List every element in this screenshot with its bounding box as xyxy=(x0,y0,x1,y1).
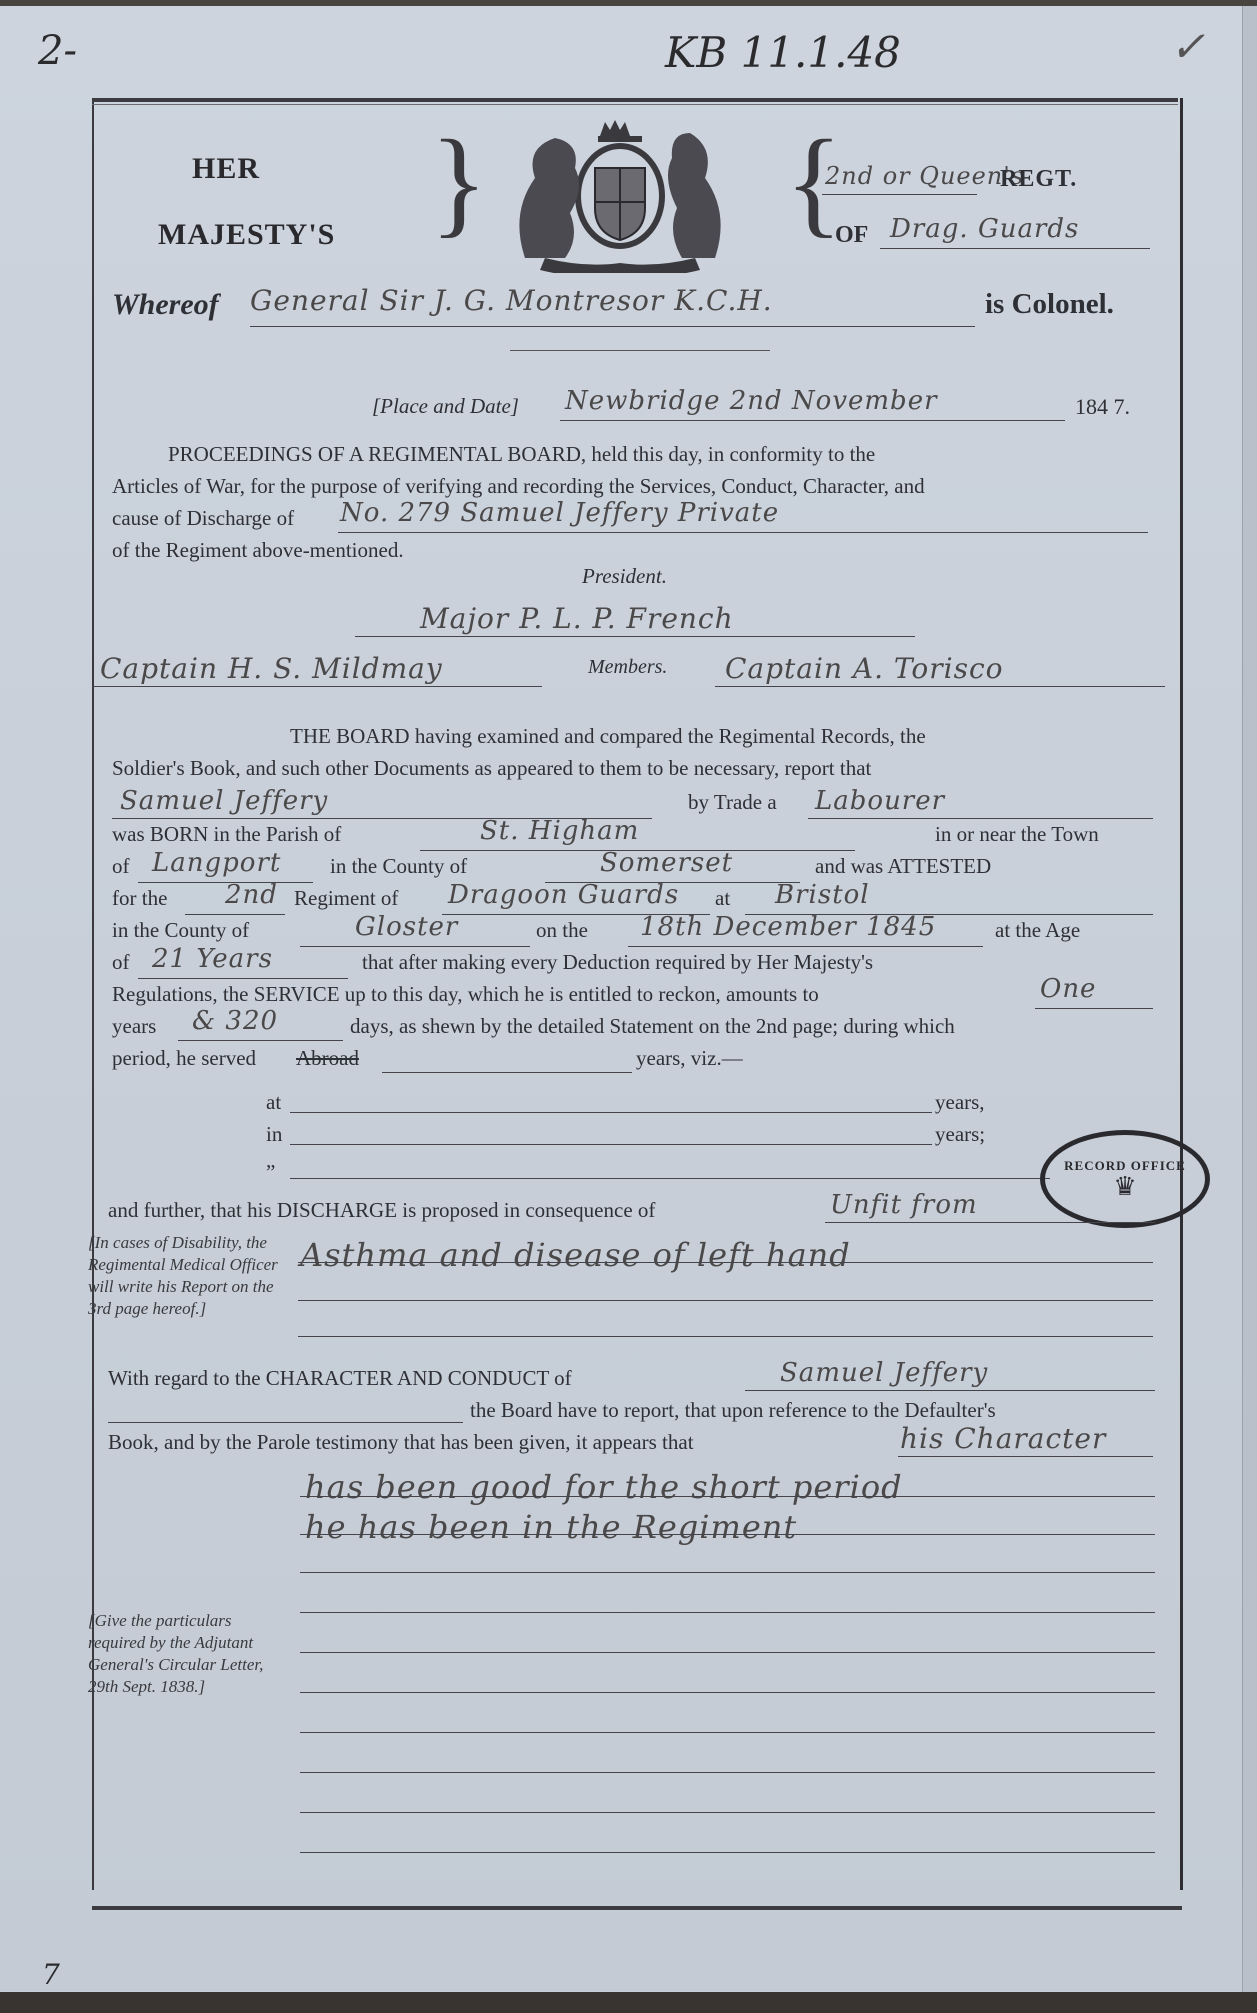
days-text: days, as shewn by the detailed Statement… xyxy=(350,1014,955,1039)
proceedings-line-1: PROCEEDINGS OF A REGIMENTAL BOARD, held … xyxy=(168,442,875,467)
field-line xyxy=(300,946,530,947)
field-line xyxy=(290,1178,1050,1179)
of-label: of xyxy=(112,854,130,879)
proceedings-line-4: of the Regiment above-mentioned. xyxy=(112,538,404,563)
discharge-line: and further, that his DISCHARGE is propo… xyxy=(108,1198,655,1223)
at-label-2: at xyxy=(266,1090,281,1115)
for-the-label: for the xyxy=(112,886,167,911)
deduction-text: that after making every Deduction requir… xyxy=(362,950,873,975)
ditto-mark: ” xyxy=(266,1160,275,1185)
checkmark-icon: ✓ xyxy=(1170,22,1205,71)
field-line xyxy=(298,1262,1153,1263)
field-line xyxy=(300,1652,1155,1653)
left-brace: } xyxy=(430,122,488,242)
field-line xyxy=(290,1112,932,1113)
regiment-of-label: Regiment of xyxy=(294,886,398,911)
field-line xyxy=(628,946,983,947)
year: 184 7. xyxy=(1075,394,1130,420)
annotation-bottom: 7 xyxy=(42,1958,60,1991)
field-line xyxy=(298,1336,1153,1337)
members-label: Members. xyxy=(588,656,667,679)
president-label: President. xyxy=(582,564,667,589)
field-line xyxy=(298,1300,1153,1301)
proceedings-line-3: cause of Discharge of xyxy=(112,506,294,531)
years-viz-label: years, viz.— xyxy=(636,1046,743,1071)
of-label-2: of xyxy=(112,950,130,975)
report-line-2: Soldier's Book, and such other Documents… xyxy=(112,756,871,781)
trade-value: Labourer xyxy=(815,786,945,816)
field-line xyxy=(825,1222,1155,1223)
character-line-1: With regard to the CHARACTER AND CONDUCT… xyxy=(108,1366,572,1391)
report-line-1: THE BOARD having examined and compared t… xyxy=(290,724,926,749)
proceedings-line-2: Articles of War, for the purpose of veri… xyxy=(112,474,925,499)
field-line xyxy=(822,194,977,195)
scan-bottom-edge xyxy=(0,1992,1257,2013)
field-line xyxy=(300,1772,1155,1773)
parish-value: St. Higham xyxy=(480,816,639,846)
county2-label: in the County of xyxy=(112,918,249,943)
whereof-label: Whereof xyxy=(112,288,219,322)
of-label: OF xyxy=(835,222,868,249)
attested-label: and was ATTESTED xyxy=(815,854,991,879)
crown-icon: ♛ xyxy=(1113,1174,1136,1200)
regiment-number: 2nd or Queen's xyxy=(825,162,1024,190)
field-line xyxy=(92,686,542,687)
regiment-no-value: 2nd xyxy=(225,880,278,910)
president-name: Major P. L. P. French xyxy=(420,602,734,635)
page-edge xyxy=(1242,6,1257,1992)
abroad-label: Abroad xyxy=(296,1046,359,1071)
years-label: years xyxy=(112,1014,156,1039)
character-text-1: his Character xyxy=(900,1422,1106,1455)
character-line-3: Book, and by the Parole testimony that h… xyxy=(108,1430,694,1455)
header-majestys: MAJESTY'S xyxy=(158,218,335,252)
attest-place-value: Bristol xyxy=(775,880,870,910)
town-value: Langport xyxy=(152,848,281,878)
field-line xyxy=(138,978,348,979)
field-line xyxy=(178,1040,343,1041)
field-line xyxy=(808,818,1153,819)
attest-date-value: 18th December 1845 xyxy=(640,912,936,942)
field-line xyxy=(382,1072,632,1073)
county-value: Somerset xyxy=(600,848,733,878)
service-days-value: & 320 xyxy=(192,1006,278,1036)
regiment-value: Dragoon Guards xyxy=(448,880,679,910)
field-line xyxy=(1035,1008,1153,1009)
top-rule-thin xyxy=(92,104,1178,105)
soldier-name: Samuel Jeffery xyxy=(120,786,328,816)
field-line xyxy=(338,532,1148,533)
field-line xyxy=(300,1732,1155,1733)
top-rule xyxy=(92,98,1178,102)
character-name: Samuel Jeffery xyxy=(780,1358,988,1388)
member-1-name: Captain H. S. Mildmay xyxy=(100,652,443,685)
adjutant-note: [Give the particulars required by the Ad… xyxy=(88,1610,288,1698)
years-semi: years; xyxy=(935,1122,985,1147)
discharge-reason-2: Asthma and disease of left hand xyxy=(300,1236,851,1274)
by-trade-label: by Trade a xyxy=(688,790,777,815)
field-line xyxy=(880,248,1150,249)
character-text-3: he has been in the Regiment xyxy=(305,1508,797,1546)
field-line xyxy=(715,686,1165,687)
bottom-rule xyxy=(92,1906,1182,1910)
county-label: in the County of xyxy=(330,854,467,879)
annotation-reference: KB 11.1.48 xyxy=(665,28,901,77)
header-her: HER xyxy=(192,152,260,186)
years-comma: years, xyxy=(935,1090,985,1115)
field-line xyxy=(300,1852,1155,1853)
place-date-value: Newbridge 2nd November xyxy=(565,386,938,416)
regt-label: REGT. xyxy=(1000,166,1077,193)
service-years-value: One xyxy=(1040,974,1096,1004)
divider xyxy=(510,350,770,351)
field-line xyxy=(250,326,975,327)
age-value: 21 Years xyxy=(152,944,273,974)
born-label: was BORN in the Parish of xyxy=(112,822,341,847)
character-text-2: has been good for the short period xyxy=(305,1468,903,1506)
at-age-label: at the Age xyxy=(995,918,1080,943)
field-line xyxy=(300,1496,1155,1497)
field-line xyxy=(898,1456,1153,1457)
disability-note: [In cases of Disability, the Regimental … xyxy=(88,1232,288,1320)
county2-value: Gloster xyxy=(355,912,458,942)
colonel-label: is Colonel. xyxy=(985,288,1114,321)
field-line xyxy=(300,1534,1155,1535)
near-town-label: in or near the Town xyxy=(935,822,1099,847)
regiment-name: Drag. Guards xyxy=(890,214,1079,244)
period-label: period, he served xyxy=(112,1046,256,1071)
field-line xyxy=(185,914,285,915)
field-line xyxy=(300,1612,1155,1613)
in-label: in xyxy=(266,1122,282,1147)
soldier-name-rank: No. 279 Samuel Jeffery Private xyxy=(340,498,779,528)
field-line xyxy=(300,1572,1155,1573)
field-line xyxy=(355,636,915,637)
annotation-page-number: 2- xyxy=(38,28,77,74)
field-line xyxy=(300,1812,1155,1813)
field-line xyxy=(300,1692,1155,1693)
record-office-stamp: RECORD OFFICE ♛ xyxy=(1040,1130,1210,1228)
on-the-label: on the xyxy=(536,918,588,943)
character-line-2: the Board have to report, that upon refe… xyxy=(470,1398,996,1423)
place-date-label: [Place and Date] xyxy=(372,394,519,419)
discharge-reason-1: Unfit from xyxy=(830,1190,978,1220)
royal-coat-of-arms-icon xyxy=(485,108,755,273)
field-line xyxy=(745,1390,1155,1391)
field-line xyxy=(560,420,1065,421)
field-line xyxy=(108,1422,463,1423)
member-2-name: Captain A. Torisco xyxy=(725,652,1004,685)
colonel-name: General Sir J. G. Montresor K.C.H. xyxy=(250,284,773,317)
service-line: Regulations, the SERVICE up to this day,… xyxy=(112,982,819,1007)
at-label: at xyxy=(715,886,730,911)
field-line xyxy=(290,1144,932,1145)
